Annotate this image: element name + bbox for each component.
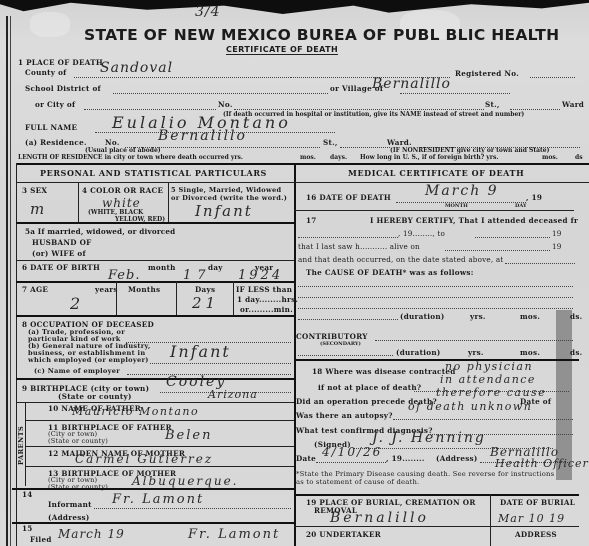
cell-divider: [233, 281, 234, 315]
duration-yrs-1: yrs.: [470, 312, 486, 321]
age-label: 7 AGE: [22, 285, 48, 294]
residence-st-line: [340, 144, 390, 148]
marital-label-2: or Divorced (write the word.): [171, 194, 287, 202]
signer-address-label: (Address): [436, 454, 478, 463]
corner-mark: 3/4: [195, 4, 221, 20]
foreign-birth-label: How long in U. S., if of foreign birth? …: [360, 154, 498, 161]
death-certificate: 3/4 STATE OF NEW MEXICO BUREA OF PUBL BL…: [0, 0, 589, 546]
dod-year-label: , 19: [526, 193, 542, 202]
father-birthplace-label-3: (State or county): [48, 437, 108, 445]
signed-date-value: 4/10/26: [322, 445, 382, 459]
contributory-line-2: [298, 352, 393, 356]
residence-value: Bernalillo: [158, 128, 247, 144]
informant-number: 14: [22, 490, 33, 499]
duration-ds-2: ds.: [570, 348, 582, 357]
cause-line-1: [298, 283, 573, 287]
operation-date-label: Date of: [520, 397, 551, 406]
age-years-value: 2: [70, 294, 81, 313]
spouse-label-1: 5a If married, widowed, or divorced: [25, 227, 175, 236]
residence-days-label: days.: [330, 154, 347, 161]
certify-number: 17: [306, 216, 317, 225]
row-line: [25, 446, 294, 447]
cell-divider: [490, 494, 491, 546]
village-value: Bernalillo: [372, 76, 451, 92]
ward-label: Ward: [562, 100, 584, 109]
row-line: [16, 222, 294, 224]
left-border-rule-inner: [10, 16, 11, 546]
row-line: [294, 494, 579, 496]
certify-from-year: , 19........, to: [398, 229, 445, 238]
race-value: white: [102, 196, 141, 210]
age-days-label: Days: [195, 285, 215, 294]
row-line: [16, 402, 294, 403]
contributory-line: [375, 337, 573, 341]
parents-side-label: PARENTS: [17, 426, 25, 465]
autopsy-line: [393, 416, 573, 420]
date-of-death-label: 16 DATE OF DEATH: [306, 193, 391, 202]
signature-value: J. J. Henning: [372, 430, 486, 446]
city-line: [84, 106, 216, 110]
duration-mos-2: mos.: [520, 348, 540, 357]
less-than-label-1: IF LESS than: [236, 285, 292, 294]
burial-date-value: Mar 10 19: [498, 512, 565, 525]
parents-divider: [25, 402, 26, 486]
cause-of-death-label: The CAUSE OF DEATH* was as follows:: [306, 268, 474, 277]
sex-value: m: [30, 200, 45, 218]
city-label: or City of: [35, 100, 75, 109]
undertaker-label: 20 UNDERTAKER: [306, 530, 381, 539]
signer-title-value: Health Officer: [495, 457, 589, 470]
where-contracted-label-2: if not at place of death?: [318, 383, 421, 392]
duration-mos-1: mos.: [520, 312, 540, 321]
length-of-residence-label: LENGTH OF RESIDENCE in city or town wher…: [18, 154, 243, 161]
where-contracted-label-1: 18 Where was disease contracted: [312, 367, 456, 376]
place-of-death-label: 1 PLACE OF DEATH: [18, 58, 103, 67]
foreign-ds-label: ds: [575, 154, 583, 161]
paper-stain: [30, 12, 70, 37]
filed-label: Filed: [30, 535, 52, 544]
dod-month-label: MONTH: [445, 203, 468, 209]
certify-to-line: [475, 234, 550, 238]
occupation-c-label: (c) Name of employer: [34, 367, 120, 375]
where-value-1: no physician: [445, 360, 533, 373]
nonresident-note: (IF NONRESIDENT give city or town and St…: [390, 147, 549, 154]
informant-value: Fr. Lamont: [112, 492, 204, 507]
secondary-label: (SECONDARY): [320, 341, 361, 347]
row-line: [25, 466, 294, 467]
row-line: [294, 359, 579, 361]
occupation-value: Infant: [170, 342, 231, 361]
signed-date-label: Date: [296, 454, 316, 463]
registered-no-line: [530, 74, 575, 78]
residence-ward-label: Ward.: [387, 138, 412, 147]
certify-to-year: 19: [552, 229, 562, 238]
medical-section-title: MEDICAL CERTIFICATE OF DEATH: [348, 168, 524, 178]
footnote-line-2: as to statement of cause of death.: [296, 478, 419, 486]
foreign-mos-label: mos.: [542, 154, 558, 161]
torn-edge: [0, 0, 589, 14]
row-line: [12, 522, 294, 524]
filed-registrar: Fr. Lamont: [188, 527, 280, 542]
undertaker-address-label: ADDRESS: [515, 530, 557, 539]
filed-value: March 19: [58, 527, 125, 541]
signed-date-year: , 19........: [386, 454, 425, 463]
row-line: [16, 281, 294, 283]
age-days-value: 21: [192, 294, 219, 312]
row-line: [16, 260, 294, 261]
cell-divider: [168, 182, 169, 222]
school-district-label: School District of: [25, 84, 101, 93]
duration-ds-1: ds.: [570, 312, 582, 321]
registered-label: Registered No.: [455, 69, 519, 78]
row-line: [12, 488, 294, 490]
marital-label-1: 5 Single, Married, Widowed: [171, 186, 281, 194]
operation-label: Did an operation precede death?: [296, 397, 437, 406]
county-label: County of: [25, 68, 67, 77]
occupation-b-3: which employed (or employer): [28, 356, 149, 364]
contributory-label: CONTRIBUTORY: [296, 332, 368, 341]
footnote-line-1: *State the Primary Disease causing death…: [296, 470, 554, 478]
duration-label-2: (duration): [396, 348, 441, 357]
ward-line: [510, 106, 560, 110]
document-title: STATE OF NEW MEXICO BUREA OF PUBL BLIC H…: [84, 26, 559, 44]
left-border-rule: [6, 16, 8, 546]
birthplace-label-2: (State or county): [58, 392, 132, 401]
school-district-line: [113, 90, 328, 94]
row-line: [16, 315, 294, 317]
spouse-label-3: (or) WIFE of: [32, 249, 86, 258]
date-of-death-value: March 9: [425, 183, 499, 199]
city-no-line: [234, 106, 484, 110]
mother-name-value: Carmel Gutierrez: [75, 452, 213, 466]
residence-mos-label: mos.: [300, 154, 316, 161]
row-line: [294, 526, 579, 527]
residence-label: (a) Residence.: [25, 138, 87, 147]
certify-from-line: [298, 234, 398, 238]
sex-label: 3 SEX: [22, 186, 47, 195]
duration-label-1: (duration): [400, 312, 445, 321]
row-line: [16, 378, 294, 380]
cell-divider: [78, 182, 79, 222]
cause-line-3: [298, 305, 573, 309]
father-birthplace-value: Belen: [165, 428, 212, 443]
last-saw-label: that I last saw h........... alive on: [298, 242, 420, 251]
dob-month-label: month: [148, 263, 176, 272]
informant-label: Informant: [48, 500, 92, 509]
informant-address-label: (Address): [48, 513, 90, 522]
county-value: Sandoval: [100, 60, 173, 76]
dod-day-label: DAY: [515, 203, 527, 209]
personal-section-title: PERSONAL AND STATISTICAL PARTICULARS: [40, 168, 267, 178]
less-than-label-3: or.........min.: [240, 305, 293, 314]
last-saw-year: 19: [552, 242, 562, 251]
residence-st-label: St.,: [323, 138, 338, 147]
less-than-label-2: 1 day........hrs.: [237, 295, 298, 304]
full-name-label: FULL NAME: [25, 123, 77, 132]
document-subtitle: CERTIFICATE OF DEATH: [226, 45, 338, 55]
dob-label: 6 DATE OF BIRTH: [22, 263, 100, 272]
row-line: [25, 420, 294, 421]
where-value-2: in attendance: [440, 373, 536, 386]
mother-birthplace-value: Albuquerque.: [132, 474, 239, 488]
marital-value: Infant: [195, 202, 253, 220]
cell-divider: [176, 281, 177, 315]
column-divider: [294, 163, 296, 546]
spouse-label-2: HUSBAND OF: [32, 238, 92, 247]
city-st-label: St.,: [485, 100, 500, 109]
abode-note: (Usual place of abode): [85, 147, 161, 154]
age-months-label: Months: [128, 285, 160, 294]
cause-line-2: [298, 294, 573, 298]
duration-yrs-2: yrs.: [468, 348, 484, 357]
death-occurred-line: [505, 260, 575, 264]
race-note-1: (WHITE, BLACK: [88, 209, 143, 216]
father-name-value: Mauricio Montano: [72, 405, 199, 418]
cause-line-4: [298, 316, 398, 320]
burial-date-label: DATE OF BURIAL: [500, 498, 575, 507]
city-no-label: No.: [218, 100, 233, 109]
signed-date-line: [316, 459, 386, 463]
residence-no-label: No.: [105, 138, 120, 147]
age-years-label: years: [95, 285, 118, 294]
autopsy-label: Was there an autopsy?: [296, 411, 393, 420]
section-divider: [16, 163, 589, 165]
cell-divider: [116, 281, 117, 315]
death-occurred-label: and that death occurred, on the date sta…: [298, 255, 503, 264]
last-saw-line: [445, 247, 550, 251]
filed-number: 15: [22, 524, 33, 533]
row-line: [294, 210, 574, 211]
certify-text: I HEREBY CERTIFY, That I attended deceas…: [370, 216, 578, 225]
birthplace-state-value: Arizona: [208, 388, 258, 401]
race-label: 4 COLOR OR RACE: [82, 186, 163, 195]
row-line: [16, 182, 294, 183]
burial-place-value: Bernalillo: [330, 510, 429, 526]
